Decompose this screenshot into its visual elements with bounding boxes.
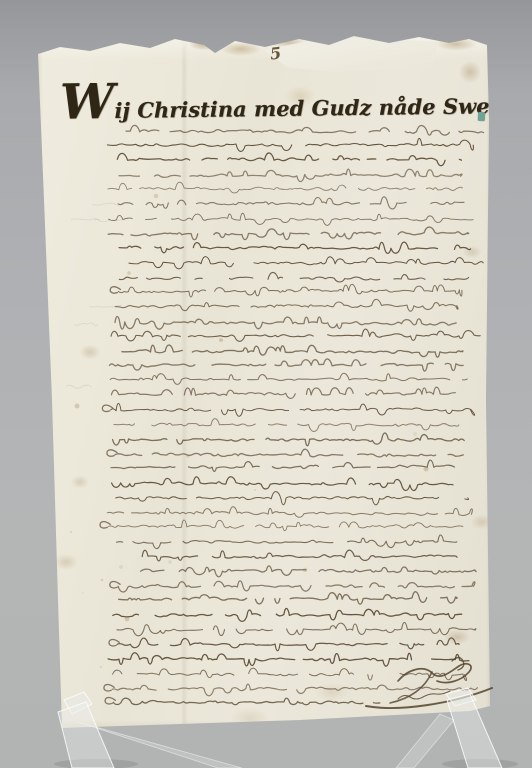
stand-right-strut — [396, 714, 454, 768]
stand-shadow-right — [442, 759, 518, 768]
photo-background: 5 Wij Christina med Gudz nåde Sweriges — [0, 0, 532, 768]
page-number: 5 — [269, 43, 282, 63]
stand-shadow-left — [54, 759, 138, 768]
manuscript-paper: 5 Wij Christina med Gudz nåde Sweriges — [36, 30, 492, 730]
stand-left-strut — [78, 722, 242, 768]
inventory-sticker — [478, 112, 485, 121]
heading-text: Wij Christina med Gudz nåde Sweriges — [60, 69, 487, 130]
